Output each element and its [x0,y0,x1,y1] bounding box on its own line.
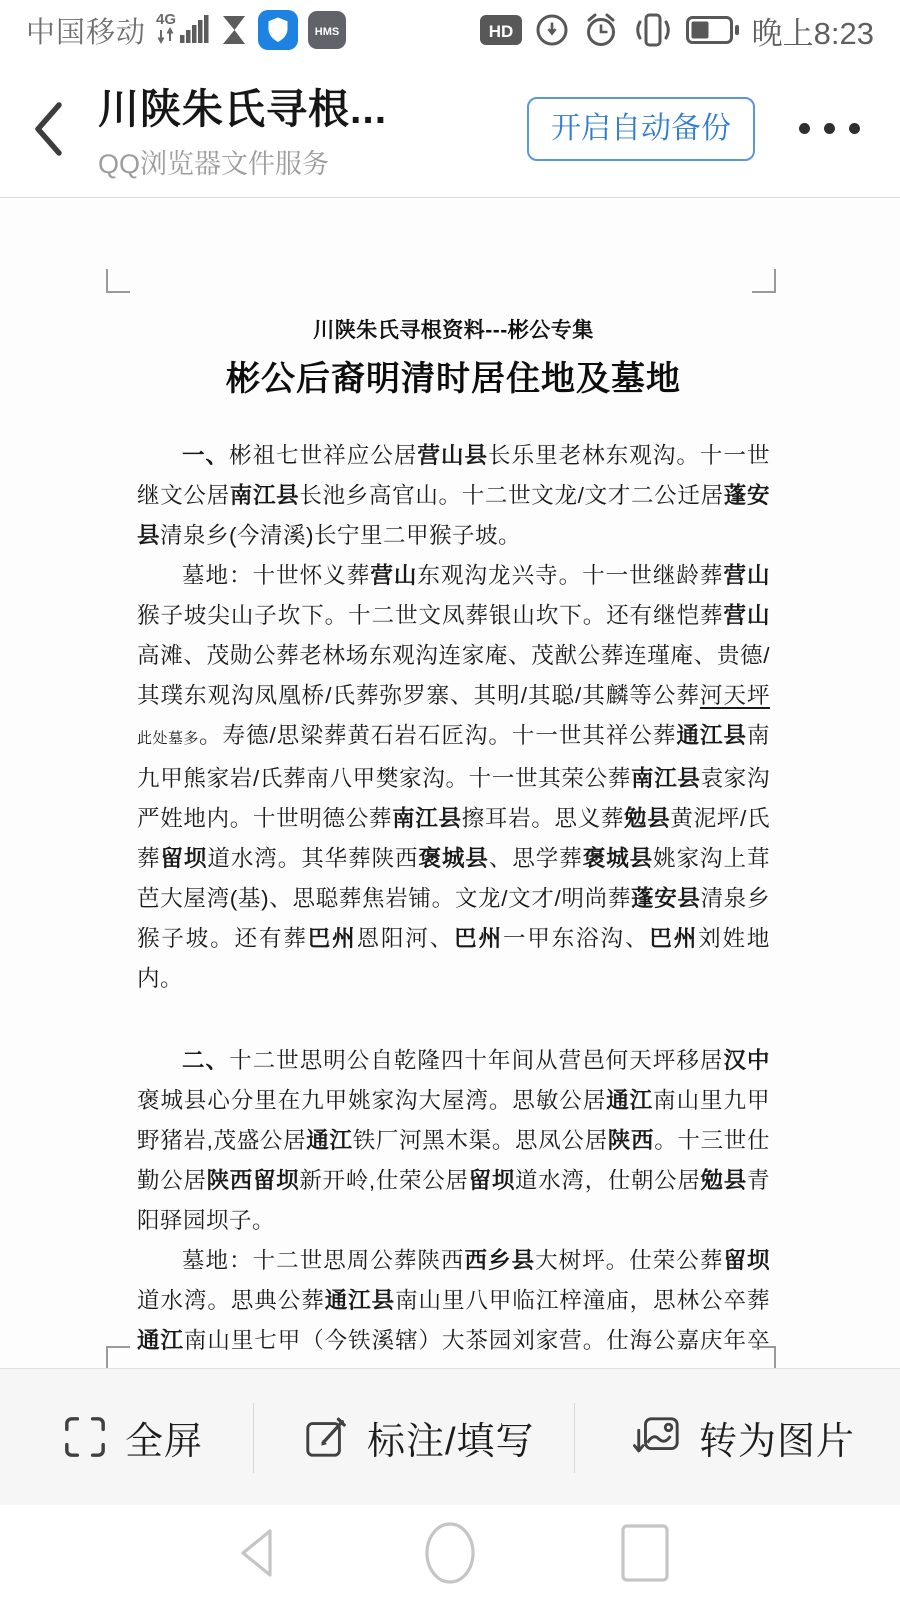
signal-bars-icon: 4G [156,9,210,51]
carrier-label: 中国移动 [26,10,146,51]
status-bar: 中国移动 4G HMS HD [0,0,900,60]
header: 川陕朱氏寻根... QQ浏览器文件服务 开启自动备份 [0,60,900,198]
vibrate-icon [632,11,674,49]
file-source-label: QQ浏览器文件服务 [98,142,387,181]
hourglass-icon [220,12,248,48]
back-chevron-icon [30,98,64,160]
svg-text:4G: 4G [156,11,176,28]
toolbar-divider [253,1403,254,1473]
doc-kicker: 川陕朱氏寻根资料---彬公专集 [137,310,770,352]
svg-text:HD: HD [488,22,513,41]
auto-backup-button[interactable]: 开启自动备份 [527,97,755,161]
nav-back-button[interactable] [232,1524,284,1582]
battery-icon [686,16,740,44]
alarm-icon [582,11,620,49]
toolbar-divider [574,1403,575,1473]
data-saver-icon [534,12,570,48]
nav-home-icon [423,1520,477,1586]
android-nav-bar [0,1505,900,1600]
document-viewer[interactable]: 川陕朱氏寻根资料---彬公专集 彬公后裔明清时居住地及墓地 一、彬祖七世祥应公居… [0,199,900,1368]
nav-back-icon [232,1524,284,1582]
clock-label: 晚上8:23 [752,8,874,53]
fullscreen-icon [63,1415,107,1459]
doc-page-title: 彬公后裔明清时居住地及墓地 [137,352,770,406]
svg-text:HMS: HMS [315,26,339,38]
back-button[interactable] [30,96,76,162]
page-corner-mark [752,269,776,293]
to-image-icon [633,1414,681,1460]
nav-recents-button[interactable] [620,1522,670,1584]
nav-home-button[interactable] [423,1520,477,1586]
nav-recents-icon [620,1522,670,1584]
dot-icon [849,123,860,134]
dot-icon [799,123,810,134]
doc-paragraph: 墓地：十二世思周公葬陕西西乡县大树坪。仕荣公葬留坝道水湾。思典公葬通江县南山里八… [137,1241,770,1368]
page-corner-mark [106,1346,130,1368]
doc-paragraph: 墓地：十世怀义葬营山东观沟龙兴寺。十一世继龄葬营山猴子坡尖山子坎下。十二世文凤葬… [137,556,770,999]
doc-paragraph: 二、十二世思明公自乾隆四十年间从营邑何天坪移居汉中褒城县心分里在九甲姚家沟大屋湾… [137,1041,770,1241]
page-corner-mark [106,269,130,293]
page-corner-mark [752,1346,776,1368]
annotate-icon [303,1414,349,1460]
fullscreen-button[interactable]: 全屏 [63,1369,203,1505]
dot-icon [824,123,835,134]
doc-paragraph: 一、彬祖七世祥应公居营山县长乐里老林东观沟。十一世继文公居南江县长池乡高官山。十… [137,436,770,556]
header-title-block: 川陕朱氏寻根... QQ浏览器文件服务 [98,76,387,181]
hms-app-icon: HMS [308,11,346,49]
bottom-toolbar: 全屏 标注/填写 转为图片 [0,1368,900,1505]
file-title: 川陕朱氏寻根... [98,76,387,135]
annotate-button[interactable]: 标注/填写 [303,1369,535,1505]
convert-to-image-button[interactable]: 转为图片 [633,1369,855,1505]
more-menu-button[interactable] [797,113,862,144]
shield-app-icon [258,10,298,50]
hd-volte-icon: HD [480,15,522,45]
